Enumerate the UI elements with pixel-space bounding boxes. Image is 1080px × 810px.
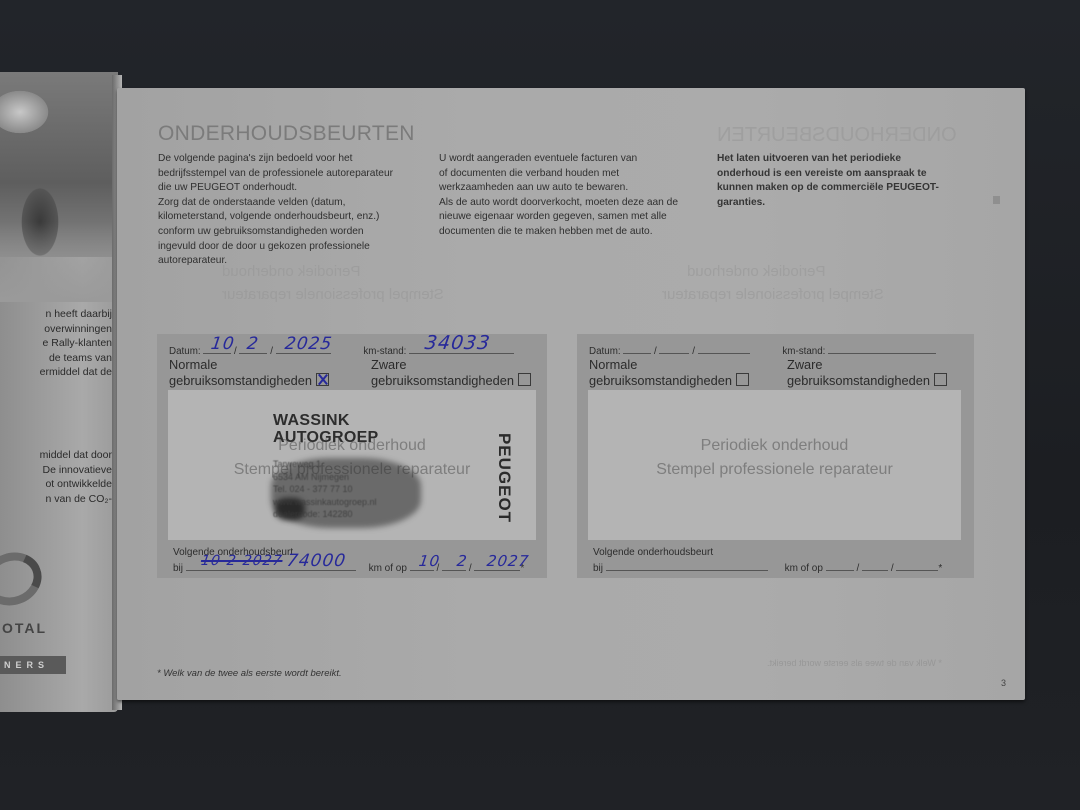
warranty-notice: Het laten uitvoeren van het periodieke o… [717, 152, 939, 210]
total-logo-icon [0, 544, 49, 613]
normal-usage-checkbox[interactable] [316, 373, 329, 386]
next-service-label: Volgende onderhoudsbeurt [593, 547, 713, 558]
heavy-usage-checkbox[interactable] [934, 373, 947, 386]
ghost-text-bleedthrough: Stempel professionele reparateur [222, 286, 444, 303]
photo-fade [0, 222, 118, 302]
next-bij-label: bij [593, 563, 603, 574]
ghost-text-bleedthrough: Stempel professionele reparateur [662, 286, 884, 303]
footnote: * Welk van de twee als eerste wordt bere… [157, 668, 342, 679]
next-day-field[interactable] [826, 561, 854, 571]
stamp-name-line: WASSINK [273, 412, 379, 429]
km-handwritten: 34033 [423, 332, 492, 354]
paragraph-line: Als de auto wordt doorverkocht, moeten d… [439, 196, 678, 211]
paragraph-line: Zorg dat de onderstaande velden (datum, [158, 196, 393, 211]
next-month-field[interactable] [862, 561, 888, 571]
left-text-line: ermiddel dat de [40, 365, 112, 380]
next-day-handwritten: 10 [418, 552, 442, 570]
km-label: km-stand: [363, 346, 406, 357]
heavy-usage-label: gebruiksomstandigheden [787, 373, 930, 388]
asterisk: * [938, 563, 942, 574]
date-day-handwritten: 10 [210, 334, 236, 354]
next-km-handwritten: 74000 [286, 551, 348, 571]
next-bij-label: bij [173, 563, 183, 574]
normal-usage-option: Normale gebruiksomstandigheden [589, 358, 749, 388]
stamp-line: dealercode: 142280 [273, 508, 377, 521]
page-marker [993, 196, 1000, 204]
stamp-peugeot-brand: PEUGEOT [494, 433, 514, 523]
left-text-line: de teams van [40, 351, 112, 366]
total-logo-word: OTAL [2, 620, 47, 636]
paragraph-line: documenten die te maken hebben met de au… [439, 225, 678, 240]
paragraph-line: bedrijfsstempel van de professionele aut… [158, 167, 393, 182]
left-text-bottom: middel dat door De innovatieve ot ontwik… [40, 448, 112, 506]
service-record-form-1: Datum: / / km-stand: 10 2 2025 34033 Nor… [157, 334, 547, 578]
stamp-dealer-name: WASSINK AUTOGROEP [273, 412, 379, 446]
dealer-stamp: WASSINK AUTOGROEP Tarweweg 1 6534 AM Nij… [263, 398, 523, 538]
next-year-field[interactable] [896, 561, 938, 571]
stamp-placeholder-line: Periodiek onderhoud [588, 434, 961, 458]
heavy-usage-label: gebruiksomstandigheden [371, 373, 514, 388]
service-record-form-2: Datum: / / km-stand: Normale gebruiksoms… [577, 334, 974, 578]
paragraph-line: De volgende pagina's zijn bedoeld voor h… [158, 152, 393, 167]
normal-usage-label: gebruiksomstandigheden [589, 373, 732, 388]
stamp-area: Periodiek onderhoud Stempel professionel… [168, 390, 536, 540]
left-text-line: e Rally-klanten [40, 336, 112, 351]
date-label: Datum: [589, 346, 621, 357]
ghost-title-bleedthrough: ONDERHOUDSBEURTEN [717, 124, 957, 147]
heavy-usage-label: Zware [371, 358, 531, 373]
paragraph-line: ingevuld door de door u gekozen professi… [158, 240, 393, 255]
next-service-row: bij km of op / / * [593, 561, 942, 574]
date-km-row: Datum: / / km-stand: [589, 344, 936, 357]
page-number: 3 [1001, 678, 1006, 688]
date-label: Datum: [169, 346, 201, 357]
next-km-field[interactable] [606, 561, 768, 571]
paragraph-line: kunnen maken op de commerciële PEUGEOT- [717, 181, 939, 196]
paragraph-line: of documenten die verband houden met [439, 167, 678, 182]
left-text-line: ot ontwikkelde [40, 477, 112, 492]
ghost-footnote-bleedthrough: * Welk van de twee als eerste wordt bere… [767, 658, 942, 668]
normal-usage-checkbox[interactable] [736, 373, 749, 386]
stamp-address: Tarweweg 1 6534 AM Nijmegen Tel. 024 - 3… [273, 458, 377, 521]
normal-usage-label: Normale [589, 358, 749, 373]
left-text-top: n heeft daarbij overwinningen e Rally-kl… [40, 307, 112, 380]
partners-banner: NERS [0, 656, 66, 674]
stamp-line: Tel. 024 - 377 77 10 [273, 483, 377, 496]
heavy-usage-option: Zware gebruiksomstandigheden [787, 358, 947, 388]
paragraph-line: conform uw gebruiksomstandigheden worden [158, 225, 393, 240]
paragraph-line: die uw PEUGEOT onderhoudt. [158, 181, 393, 196]
next-km-or-date-label: km of op [369, 563, 407, 574]
heavy-usage-checkbox[interactable] [518, 373, 531, 386]
paragraph-line: kilometerstand, volgende onderhoudsbeurt… [158, 210, 393, 225]
heavy-usage-option: Zware gebruiksomstandigheden [371, 358, 531, 388]
paragraph-line: nieuwe eigenaar worden gegeven, samen me… [439, 210, 678, 225]
date-month-field[interactable] [659, 344, 689, 354]
date-year-handwritten: 2025 [284, 334, 334, 354]
date-day-field[interactable] [623, 344, 651, 354]
left-text-line: n heeft daarbij [40, 307, 112, 322]
next-km-or-date-label: km of op [785, 563, 823, 574]
next-year-handwritten: 2027 [486, 552, 531, 570]
ghost-text-bleedthrough: Periodiek onderhoud [687, 263, 825, 280]
left-text-line: middel dat door [40, 448, 112, 463]
left-text-line: De innovatieve [40, 463, 112, 478]
km-label: km-stand: [782, 346, 825, 357]
page-title: ONDERHOUDSBEURTEN [158, 122, 415, 146]
km-field[interactable] [828, 344, 936, 354]
normal-usage-option: Normale gebruiksomstandigheden [169, 358, 329, 388]
paragraph-line: Het laten uitvoeren van het periodieke [717, 152, 939, 167]
stamp-line: www.wassinkautogroep.nl [273, 496, 377, 509]
paragraph-line: garanties. [717, 196, 939, 211]
booklet-page: ONDERHOUDSBEURTEN Periodiek onderhoud St… [117, 88, 1025, 700]
normal-usage-label: gebruiksomstandigheden [169, 373, 312, 388]
stamp-line: 6534 AM Nijmegen [273, 471, 377, 484]
paragraph-line: U wordt aangeraden eventuele facturen va… [439, 152, 678, 167]
stamp-placeholder-line: Stempel professionele reparateur [588, 458, 961, 482]
paragraph-line: autoreparateur. [158, 254, 393, 269]
next-struck-value: 10-2-2027 [200, 553, 284, 569]
date-year-field[interactable] [698, 344, 750, 354]
stamp-name-line: AUTOGROEP [273, 429, 379, 446]
intro-column-2: U wordt aangeraden eventuele facturen va… [439, 152, 678, 240]
stamp-area: Periodiek onderhoud Stempel professionel… [588, 390, 961, 540]
heavy-usage-label: Zware [787, 358, 947, 373]
normal-usage-label: Normale [169, 358, 329, 373]
left-text-line: n van de CO₂- [40, 492, 112, 507]
left-page: n heeft daarbij overwinningen e Rally-kl… [0, 72, 118, 712]
left-text-line: overwinningen [40, 322, 112, 337]
stamp-line: Tarweweg 1 [273, 458, 377, 471]
intro-column-1: De volgende pagina's zijn bedoeld voor h… [158, 152, 393, 269]
paragraph-line: onderhoud is een vereiste om aanspraak t… [717, 167, 939, 182]
paragraph-line: werkzaamheden aan uw auto te bewaren. [439, 181, 678, 196]
